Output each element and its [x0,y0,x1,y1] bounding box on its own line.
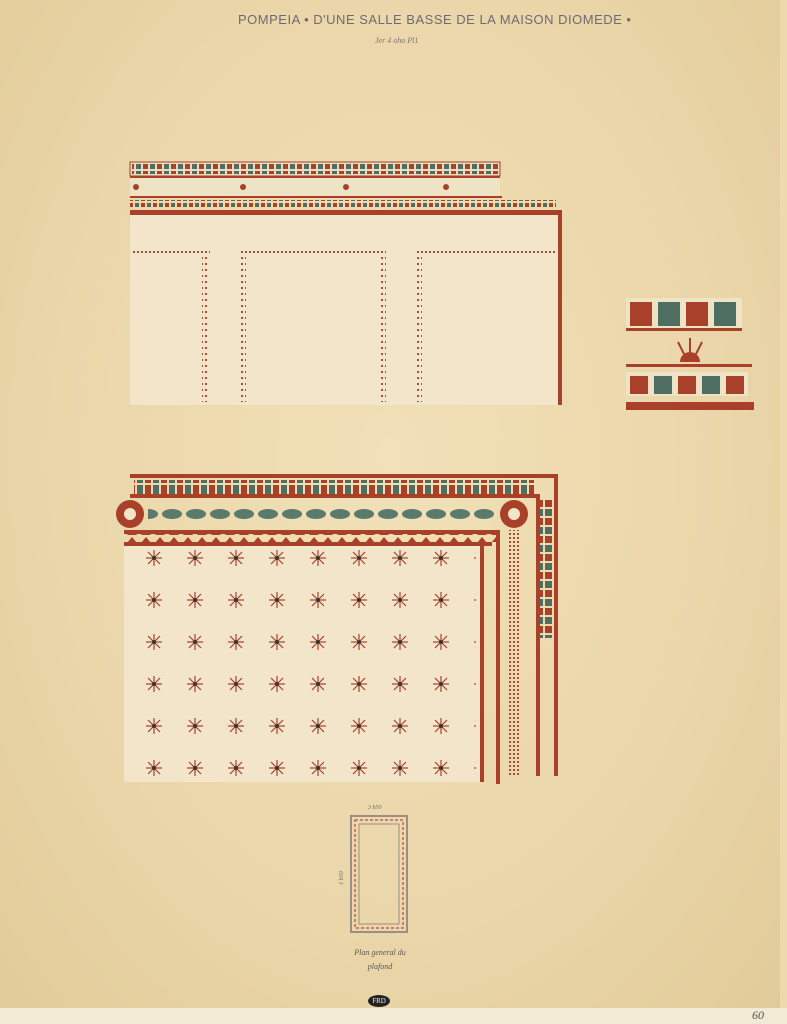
drawing-title: POMPEIA • D'UNE SALLE BASSE DE LA MAISON… [238,12,631,27]
bottom-margin [0,1008,787,1024]
collection-stamp: FRD [368,995,390,1007]
ceiling-plan [350,815,408,933]
dimension-side: 1 b50 [339,871,345,885]
page-number: 60 [752,1008,764,1023]
drawing-subtitle: Jer 4 oho Pl1 [375,36,418,45]
ceiling-plan-caption: Plan general du plafond [340,946,420,974]
dimension-top: 3 b50 [368,805,382,811]
wall-elevation [128,160,568,410]
caption-line-2: plafond [340,960,420,974]
cornice-detail [624,292,756,412]
ceiling-corner [112,472,564,788]
caption-line-1: Plan general du [340,946,420,960]
